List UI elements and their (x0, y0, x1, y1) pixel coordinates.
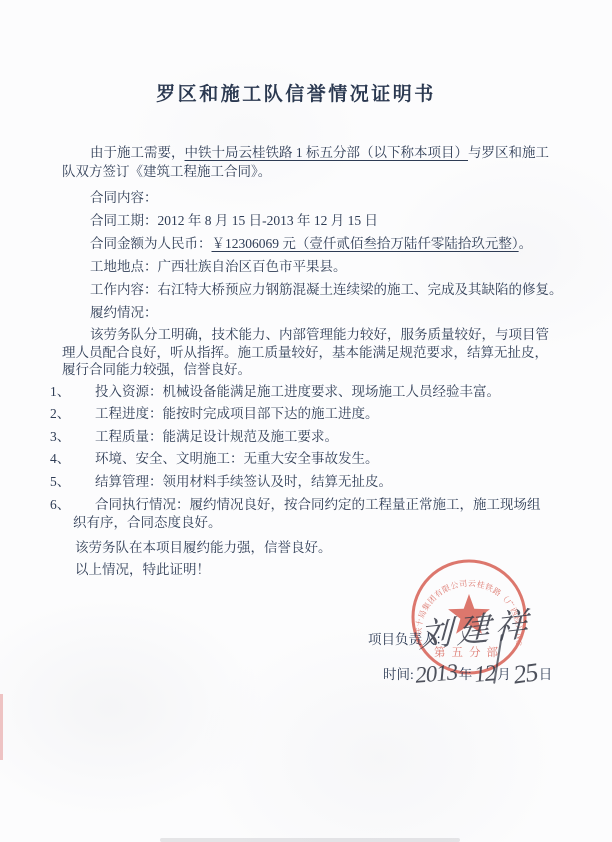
site-value: 广西壮族自治区百色市平果县。 (158, 259, 347, 274)
list-item: 6、合同执行情况：履约情况良好，按合同约定的工程量正常施工，施工现场组织有序，合… (50, 496, 550, 531)
work-content-line: 工作内容：右江特大桥预应力钢筋混凝土连续梁的施工、完成及其缺陷的修复。 (62, 280, 550, 299)
list-item-text: 投入资源：机械设备能满足施工进度要求、现场施工人员经验丰富。 (73, 383, 550, 401)
contract-amount-label: 合同金额为人民币： (90, 236, 212, 251)
contract-period-value: 2012 年 8 月 15 日-2013 年 12 月 15 日 (158, 213, 379, 228)
work-label: 工作内容： (90, 282, 158, 297)
year-unit: 年 (459, 663, 473, 683)
list-item-text: 工程质量：能满足设计规范及施工要求。 (73, 428, 550, 446)
date-label: 时间: (383, 667, 414, 682)
handwritten-month: 12 (473, 660, 496, 688)
scan-edge-artifact (0, 694, 3, 760)
list-item-number: 5、 (50, 473, 70, 491)
day-unit: 日 (539, 663, 553, 683)
contract-amount-value: ￥12306069 元（壹仟贰佰叁拾万陆仟零陆拾玖元整） (212, 236, 519, 251)
list-item: 2、工程进度：能按时完成项目部下达的施工进度。 (50, 405, 550, 423)
list-item: 4、环境、安全、文明施工：无重大安全事故发生。 (50, 450, 550, 468)
handwritten-year: 2013 (414, 659, 458, 689)
performance-heading: 履约情况： (62, 303, 550, 322)
site-location-line: 工地地点：广西壮族自治区百色市平果县。 (62, 257, 550, 276)
intro-prefix: 由于施工需要， (90, 145, 185, 160)
document-title: 罗区和施工队信誉情况证明书 (0, 79, 592, 106)
list-item-number: 2、 (50, 405, 70, 423)
list-item: 1、投入资源：机械设备能满足施工进度要求、现场施工人员经验丰富。 (50, 383, 550, 401)
contract-amount-suffix: 。 (519, 236, 533, 251)
list-item-text: 环境、安全、文明施工：无重大安全事故发生。 (73, 450, 550, 468)
intro-underlined-project-name: 中铁十局云桂铁路 1 标五分部（以下称本项目） (185, 145, 469, 160)
list-item-number: 3、 (50, 428, 70, 446)
month-unit: 月 (497, 663, 511, 683)
list-item-number: 6、 (50, 496, 70, 514)
scanned-certificate-page: 罗区和施工队信誉情况证明书 由于施工需要，中铁十局云桂铁路 1 标五分部（以下称… (0, 0, 612, 842)
performance-paragraph: 该劳务队分工明确，技术能力、内部管理能力较好，服务质量较好，与项目管理人员配合良… (62, 326, 550, 379)
list-item-number: 1、 (50, 383, 70, 401)
contract-content-heading: 合同内容： (62, 188, 550, 207)
list-item-text: 合同执行情况：履约情况良好，按合同约定的工程量正常施工，施工现场组织有序，合同态… (73, 496, 550, 531)
scan-bottom-shadow (160, 838, 460, 842)
contract-period-line: 合同工期：2012 年 8 月 15 日-2013 年 12 月 15 日 (62, 211, 550, 230)
closing-line-capability: 该劳务队在本项目履约能力强，信誉良好。 (62, 538, 550, 557)
contract-period-label: 合同工期： (90, 213, 158, 228)
list-item: 3、工程质量：能满足设计规范及施工要求。 (50, 428, 550, 446)
work-value: 右江特大桥预应力钢筋混凝土连续梁的施工、完成及其缺陷的修复。 (158, 282, 563, 297)
site-label: 工地地点： (90, 259, 158, 274)
date-line: 时间:2013年12月25日 (383, 656, 553, 686)
handwritten-day: 25 (511, 657, 539, 690)
list-item: 5、结算管理：领用材料手续签认及时，结算无扯皮。 (50, 473, 550, 491)
contract-amount-line: 合同金额为人民币：￥12306069 元（壹仟贰佰叁拾万陆仟零陆拾玖元整）。 (62, 234, 550, 253)
list-item-text: 工程进度：能按时完成项目部下达的施工进度。 (73, 405, 550, 423)
intro-paragraph: 由于施工需要，中铁十局云桂铁路 1 标五分部（以下称本项目）与罗区和施工队双方签… (62, 143, 550, 181)
list-item-text: 结算管理：领用材料手续签认及时，结算无扯皮。 (73, 473, 550, 491)
list-item-number: 4、 (50, 450, 70, 468)
